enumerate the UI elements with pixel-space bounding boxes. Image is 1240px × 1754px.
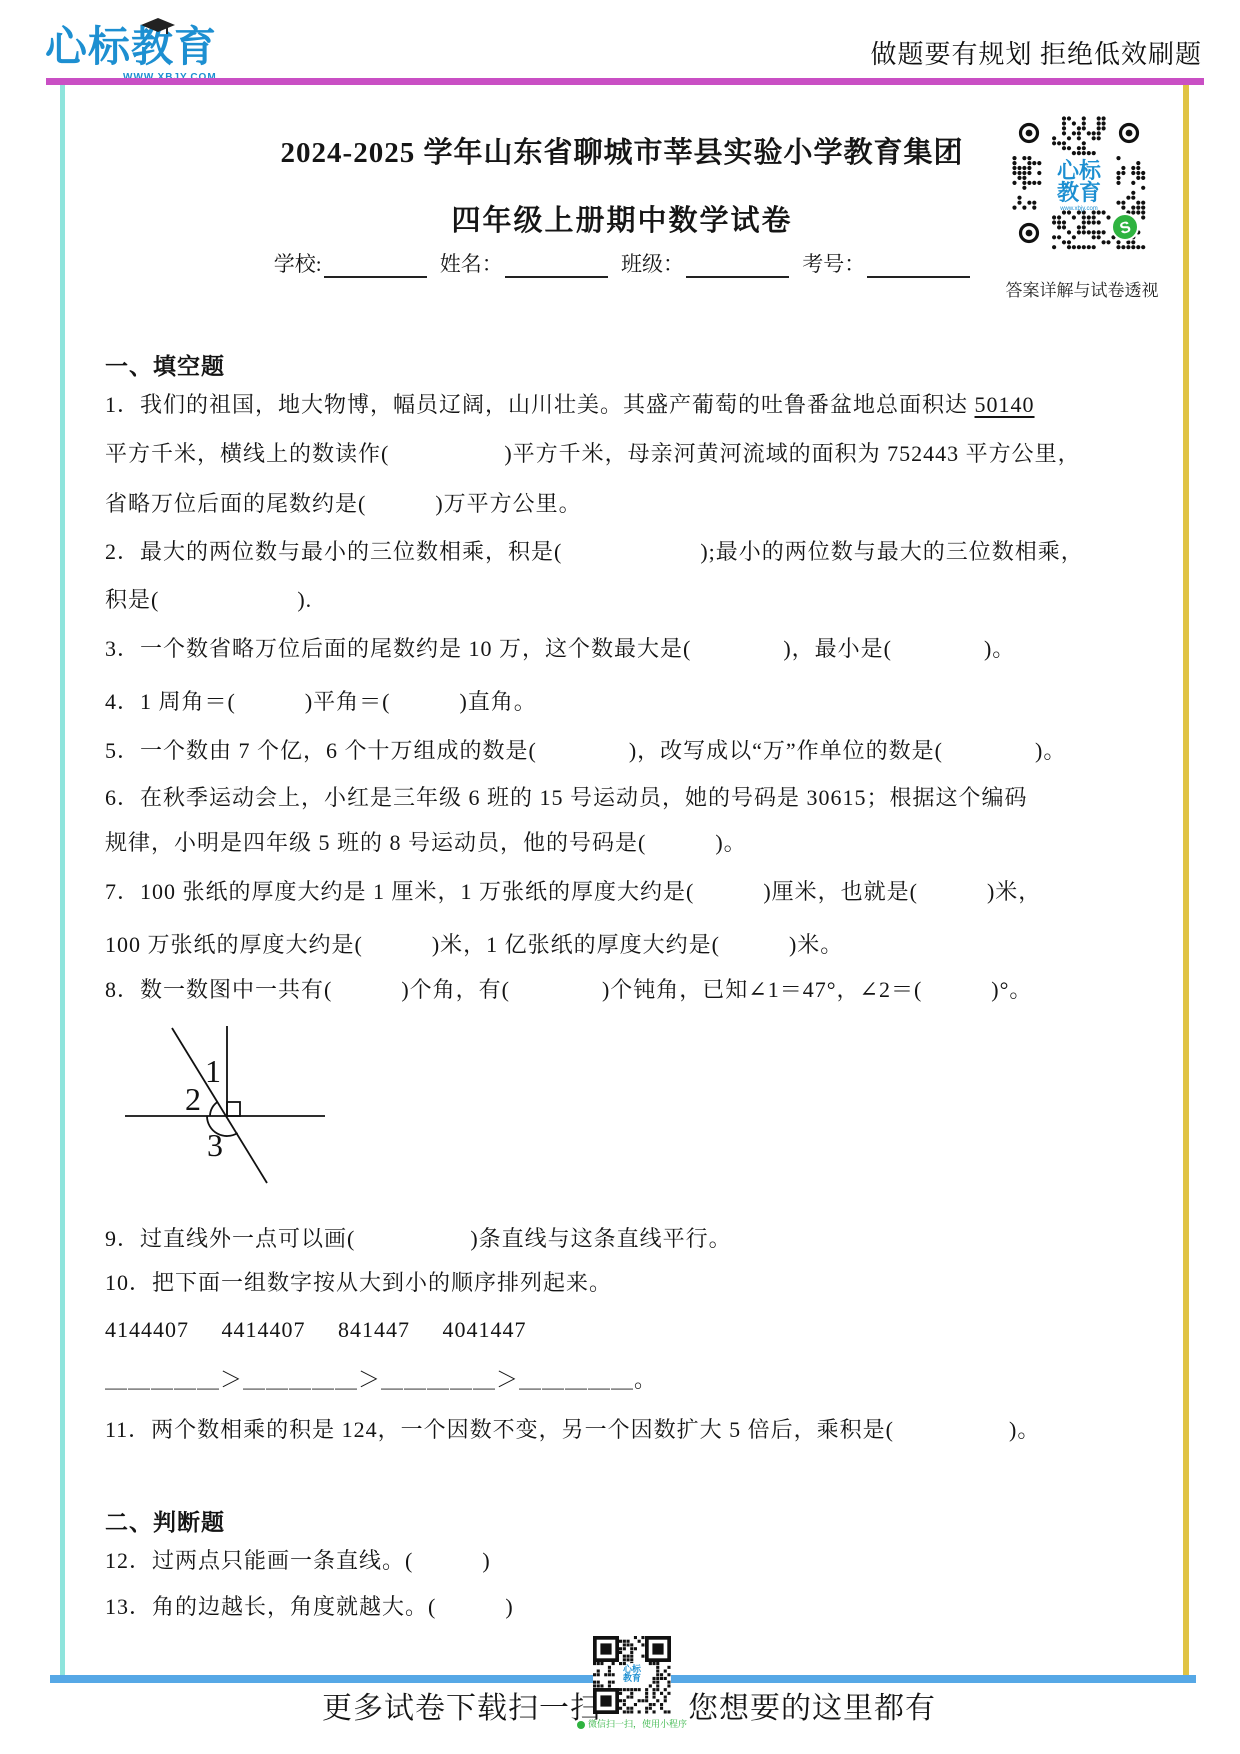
- class-blank: [686, 256, 789, 278]
- question-1-line-2: 平方千米，横线上的数读作( )平方千米，母亲河黄河流域的面积为 752443 平…: [105, 437, 1081, 468]
- info-field-name: 姓名：: [440, 248, 608, 278]
- logo-text: 心标教育: [45, 26, 217, 68]
- question-7-line-2: 100 万张纸的厚度大约是( )米，1 亿张纸的厚度大约是( )米。: [105, 928, 843, 959]
- qr-top-caption: 答案详解与试卷透视: [1000, 276, 1164, 301]
- school-blank: [324, 256, 427, 278]
- angle-3-label: 3: [207, 1127, 223, 1163]
- question-12: 12．过两点只能画一条直线。( ): [105, 1544, 491, 1575]
- angle-figure: 1 2 3: [105, 1018, 340, 1190]
- question-6-line-2: 规律，小明是四年级 5 班的 8 号运动员，他的号码是( )。: [105, 826, 747, 857]
- question-7-line-1: 7．100 张纸的厚度大约是 1 厘米，1 万张纸的厚度大约是( )厘米，也就是…: [105, 875, 1041, 906]
- question-1-line-1: 1．我们的祖国，地大物博，幅员辽阔，山川壮美。其盛产葡萄的吐鲁番盆地总面积达 5…: [105, 388, 1035, 419]
- footer-qr-center-line2: 教育: [622, 1672, 641, 1683]
- question-6-line-1: 6．在秋季运动会上，小红是三年级 6 班的 15 号运动员，她的号码是 3061…: [105, 781, 1028, 812]
- qr-top-center-line2: 教育: [1057, 180, 1101, 205]
- question-10-blanks: ＿＿＿＿＿＞＿＿＿＿＿＞＿＿＿＿＿＞＿＿＿＿＿。: [105, 1363, 657, 1394]
- question-2-line-2: 积是( ).: [105, 583, 312, 614]
- examno-blank: [867, 256, 970, 278]
- question-2-line-1: 2．最大的两位数与最小的三位数相乘，积是( );最小的两位数与最大的三位数相乘，: [105, 535, 1084, 566]
- angle-2-label: 2: [185, 1081, 201, 1117]
- underlined-number: 50140: [975, 392, 1035, 417]
- student-info-row: 学校: 姓名： 班级： 考号：: [60, 248, 1184, 278]
- qr-top-center-url: www.xbjy.com: [1059, 206, 1098, 212]
- angle-1-label: 1: [205, 1053, 221, 1089]
- miniprogram-badge-icon: S: [1112, 214, 1138, 240]
- question-11: 11．两个数相乘的积是 124，一个因数不变，另一个因数扩大 5 倍后，乘积是(…: [105, 1413, 1040, 1444]
- question-3: 3．一个数省略万位后面的尾数约是 10 万，这个数最大是( )，最小是( )。: [105, 632, 1015, 663]
- footer-qr-subtext: 微信扫一扫，使用小程序: [556, 1717, 708, 1730]
- question-8: 8．数一数图中一共有( )个角，有( )个钝角，已知∠1＝47°，∠2＝( )°…: [105, 973, 1032, 1004]
- question-1-line-3: 省略万位后面的尾数约是( )万平方公里。: [105, 487, 582, 518]
- question-5: 5．一个数由 7 个亿，6 个十万组成的数是( )，改写成以“万”作单位的数是(…: [105, 734, 1066, 765]
- top-divider-line: [46, 78, 1204, 85]
- content-border-left: [60, 85, 65, 1675]
- exam-page: 心标教育 WWW.XBJY.COM 做题要有规划 拒绝低效刷题 2024-202…: [0, 0, 1240, 1754]
- content-border-right: [1183, 85, 1189, 1675]
- header-slogan: 做题要有规划 拒绝低效刷题: [870, 34, 1202, 71]
- brand-logo: 心标教育 WWW.XBJY.COM: [45, 26, 217, 68]
- wechat-dot-icon: [577, 1721, 585, 1729]
- question-4: 4．1 周角＝( )平角＝( )直角。: [105, 685, 537, 716]
- question-10-numbers: 4144407 4414407 841447 4041447: [105, 1317, 527, 1343]
- qr-code-top: 心标 教育 www.xbjy.com S: [1012, 116, 1146, 250]
- name-blank: [505, 256, 608, 278]
- question-9: 9．过直线外一点可以画( )条直线与这条直线平行。: [105, 1222, 732, 1253]
- graduation-cap-icon: [141, 18, 175, 36]
- info-field-class: 班级：: [621, 248, 789, 278]
- section2-heading: 二、判断题: [105, 1504, 225, 1537]
- question-10-line-1: 10．把下面一组数字按从大到小的顺序排列起来。: [105, 1266, 612, 1297]
- section1-heading: 一、填空题: [105, 348, 225, 381]
- info-field-examno: 考号：: [802, 248, 970, 278]
- footer-qr-code: 心标 教育: [593, 1636, 671, 1714]
- info-field-school: 学校:: [274, 248, 427, 278]
- footer-right-text: 您想要的这里都有: [688, 1683, 936, 1727]
- question-13: 13．角的边越长，角度就越大。( ): [105, 1590, 514, 1621]
